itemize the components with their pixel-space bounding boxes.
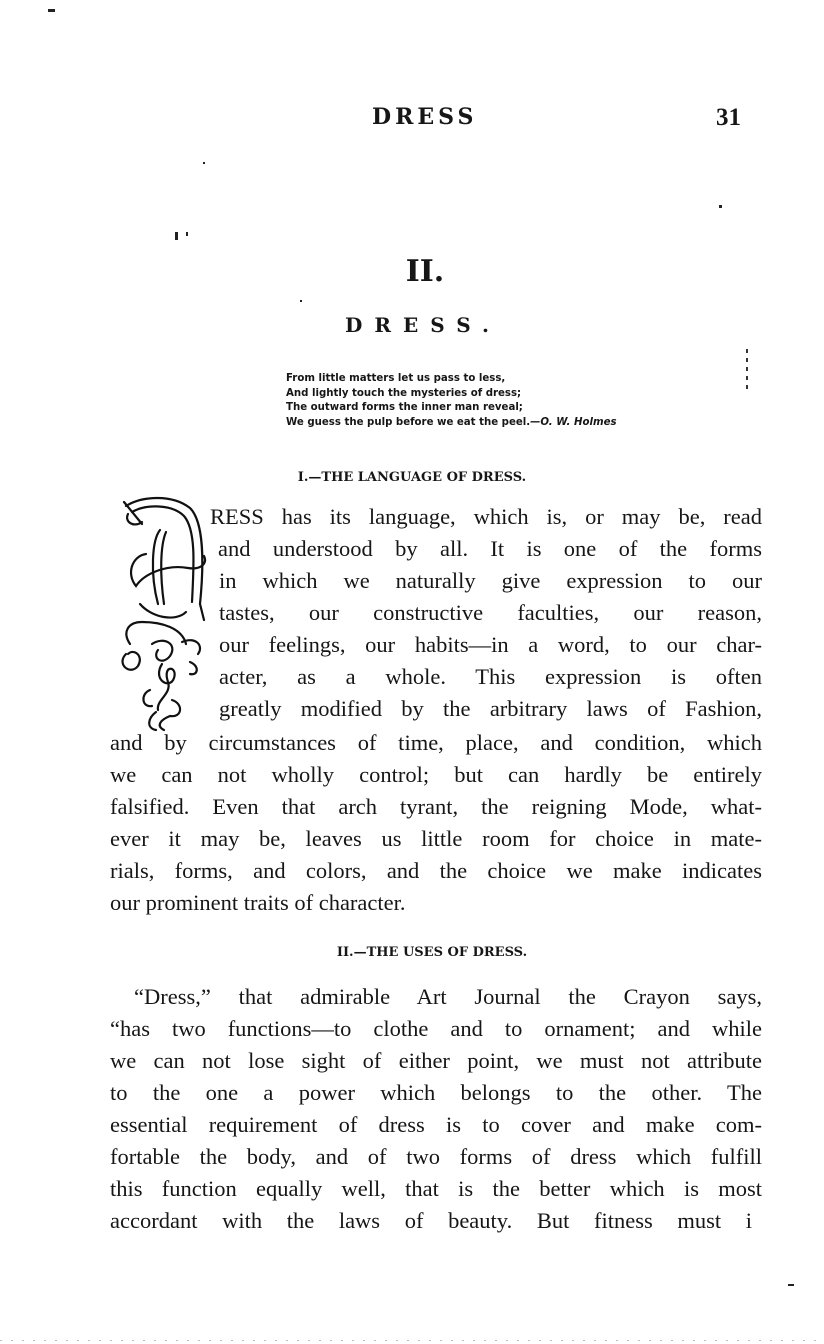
- scan-mark: [0, 1340, 824, 1341]
- text-line: our feelings, our habits—in a word, to o…: [219, 630, 762, 660]
- text-line: we can not lose sight of either point, w…: [110, 1046, 762, 1076]
- chapter-number: II.: [0, 254, 824, 289]
- text-line: this function equally well, that is the …: [110, 1174, 762, 1204]
- text-line: to the one a power which belongs to the …: [110, 1078, 762, 1108]
- scan-mark: [719, 205, 722, 208]
- text-line: rials, forms, and colors, and the choice…: [110, 856, 762, 886]
- text-line: accordant with the laws of beauty. But f…: [110, 1206, 752, 1236]
- section-heading: II.—THE USES OF DRESS.: [0, 945, 824, 960]
- epigraph-line: We guess the pulp before we eat the peel…: [286, 416, 617, 431]
- scan-mark: [746, 349, 748, 389]
- epigraph-attribution: —O. W. Holmes: [530, 417, 616, 428]
- section-heading: I.—THE LANGUAGE OF DRESS.: [0, 470, 824, 485]
- text-line: greatly modified by the arbitrary laws o…: [219, 694, 762, 724]
- epigraph-line: From little matters let us pass to less,: [286, 372, 617, 387]
- text-line: falsified. Even that arch tyrant, the re…: [110, 792, 762, 822]
- text-line: and by circumstances of time, place, and…: [110, 728, 762, 758]
- chapter-title: DRESS.: [0, 313, 824, 337]
- page-number: 31: [716, 104, 741, 132]
- text-line: essential requirement of dress is to cov…: [110, 1110, 762, 1140]
- text-line: ever it may be, leaves us little room fo…: [110, 824, 762, 854]
- scan-mark: [203, 162, 205, 164]
- text-line: and understood by all. It is one of the …: [218, 534, 762, 564]
- epigraph: From little matters let us pass to less,…: [286, 372, 617, 430]
- ornamental-drop-cap-icon: [112, 494, 208, 734]
- epigraph-line: And lightly touch the mysteries of dress…: [286, 387, 617, 402]
- scan-mark: [788, 1284, 794, 1286]
- text-line: RESS has its language, which is, or may …: [210, 502, 762, 532]
- text-line: tastes, our constructive faculties, our …: [219, 598, 762, 628]
- scan-mark: [186, 232, 188, 236]
- text-line: “has two functions—to clothe and to orna…: [110, 1014, 762, 1044]
- text-line: our prominent traits of character.: [110, 888, 406, 918]
- scan-mark: [175, 232, 178, 240]
- text-line: fortable the body, and of two forms of d…: [110, 1142, 762, 1172]
- running-head: DRESS: [372, 104, 477, 130]
- text-line: in which we naturally give expression to…: [219, 566, 762, 596]
- scan-mark: [300, 300, 302, 302]
- scan-mark: [48, 9, 55, 12]
- text-line: “Dress,” that admirable Art Journal the …: [134, 982, 762, 1012]
- text-line: acter, as a whole. This expression is of…: [219, 662, 762, 692]
- text-line: we can not wholly control; but can hardl…: [110, 760, 762, 790]
- epigraph-line: The outward forms the inner man reveal;: [286, 401, 617, 416]
